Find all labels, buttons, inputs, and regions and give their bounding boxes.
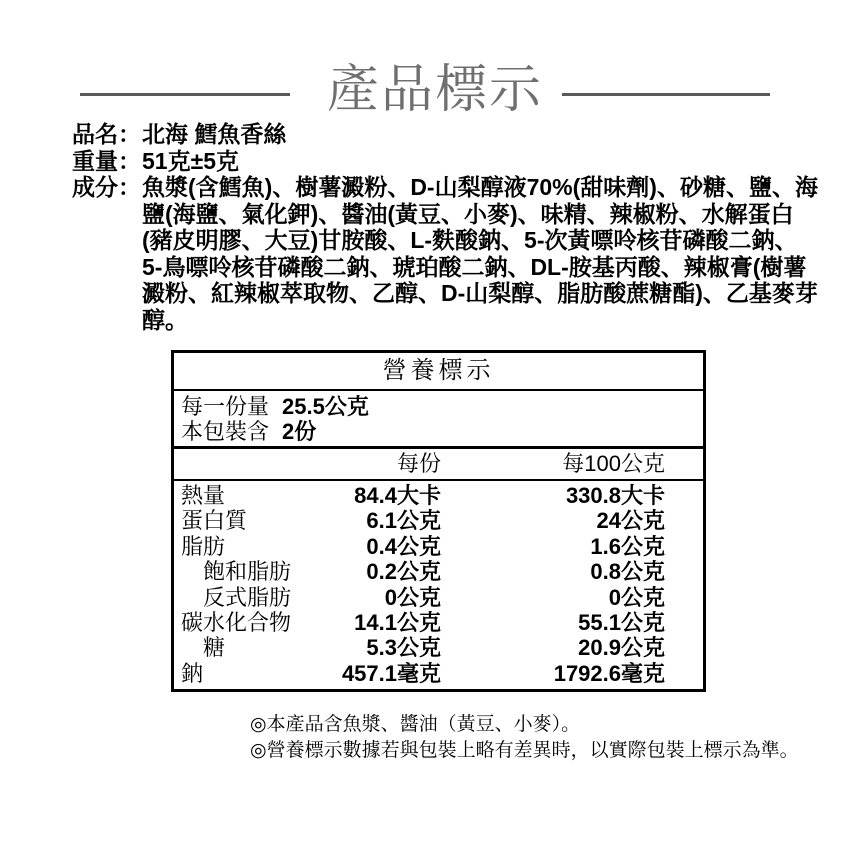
nutrient-label: 熱量 bbox=[174, 480, 334, 508]
title-rule-left bbox=[80, 93, 290, 96]
per-serving-value: 6.1公克 bbox=[334, 508, 441, 533]
per-100g-value: 0.8公克 bbox=[441, 559, 703, 584]
per-serving-value: 0公克 bbox=[334, 585, 441, 610]
product-info-section: 品名： 北海 鱈魚香絲 重量： 51克±5克 成分： 魚漿(含鱈魚)、樹薯澱粉、… bbox=[72, 121, 812, 333]
nutrition-header-spacer bbox=[174, 449, 334, 480]
per-100g-value: 0公克 bbox=[441, 585, 703, 610]
product-name-value: 北海 鱈魚香絲 bbox=[142, 121, 286, 148]
per-100g-value: 330.8大卡 bbox=[441, 480, 703, 508]
serving-size-value: 25.5公克 bbox=[282, 394, 369, 419]
product-label-page: 產品標示 品名： 北海 鱈魚香絲 重量： 51克±5克 成分： 魚漿(含鱈魚)、… bbox=[0, 0, 850, 850]
per-100g-value: 1792.6毫克 bbox=[441, 661, 703, 689]
nutrient-label: 飽和脂肪 bbox=[174, 559, 334, 584]
per-serving-value: 5.3公克 bbox=[334, 635, 441, 660]
product-ingredients-label: 成分： bbox=[72, 174, 142, 201]
table-row: 鈉 457.1毫克 1792.6毫克 bbox=[174, 661, 703, 689]
table-row: 反式脂肪 0公克 0公克 bbox=[174, 585, 703, 610]
servings-per-package-row: 本包裝含2份 bbox=[181, 419, 703, 444]
nutrition-table: 營養標示 每一份量25.5公克 本包裝含2份 每份 每100公克 熱量 bbox=[171, 350, 706, 692]
col-header-per-100g: 每100公克 bbox=[441, 449, 703, 480]
nutrition-serving-section: 每一份量25.5公克 本包裝含2份 bbox=[174, 391, 703, 449]
product-name-label: 品名： bbox=[72, 121, 142, 148]
nutrition-table-title: 營養標示 bbox=[174, 353, 703, 391]
per-serving-value: 84.4大卡 bbox=[334, 480, 441, 508]
per-100g-value: 1.6公克 bbox=[441, 534, 703, 559]
product-name-row: 品名： 北海 鱈魚香絲 bbox=[72, 121, 812, 148]
per-100g-value: 55.1公克 bbox=[441, 610, 703, 635]
table-row: 脂肪 0.4公克 1.6公克 bbox=[174, 534, 703, 559]
per-serving-value: 14.1公克 bbox=[334, 610, 441, 635]
product-weight-value: 51克±5克 bbox=[142, 148, 239, 175]
col-header-per-serving: 每份 bbox=[334, 449, 441, 480]
nutrition-grid: 每份 每100公克 熱量 84.4大卡 330.8大卡 蛋白質 6.1公克 24… bbox=[174, 449, 703, 689]
per-serving-value: 457.1毫克 bbox=[334, 661, 441, 689]
per-serving-value: 0.2公克 bbox=[334, 559, 441, 584]
table-row: 飽和脂肪 0.2公克 0.8公克 bbox=[174, 559, 703, 584]
servings-per-package-label: 本包裝含 bbox=[181, 419, 269, 444]
per-100g-value: 24公克 bbox=[441, 508, 703, 533]
nutrient-label: 鈉 bbox=[174, 661, 334, 689]
footnote-allergen: ◎本產品含魚漿、醬油（黃豆、小麥）。 bbox=[250, 712, 799, 738]
product-weight-label: 重量： bbox=[72, 148, 142, 175]
product-ingredients-value: 魚漿(含鱈魚)、樹薯澱粉、D-山梨醇液70%(甜味劑)、砂糖、鹽、海 鹽(海鹽、… bbox=[142, 174, 818, 333]
nutrition-header-row: 每份 每100公克 bbox=[174, 449, 703, 480]
serving-size-row: 每一份量25.5公克 bbox=[181, 394, 703, 419]
nutrient-label: 脂肪 bbox=[174, 534, 334, 559]
title-rule-right bbox=[562, 93, 770, 96]
page-title: 產品標示 bbox=[327, 64, 543, 116]
product-ingredients-row: 成分： 魚漿(含鱈魚)、樹薯澱粉、D-山梨醇液70%(甜味劑)、砂糖、鹽、海 鹽… bbox=[72, 174, 812, 333]
nutrient-label: 反式脂肪 bbox=[174, 585, 334, 610]
nutrient-label: 蛋白質 bbox=[174, 508, 334, 533]
nutrient-label: 碳水化合物 bbox=[174, 610, 334, 635]
serving-size-label: 每一份量 bbox=[181, 394, 269, 419]
table-row: 熱量 84.4大卡 330.8大卡 bbox=[174, 480, 703, 508]
per-serving-value: 0.4公克 bbox=[334, 534, 441, 559]
nutrient-label: 糖 bbox=[174, 635, 334, 660]
product-weight-row: 重量： 51克±5克 bbox=[72, 148, 812, 175]
table-row: 糖 5.3公克 20.9公克 bbox=[174, 635, 703, 660]
table-row: 蛋白質 6.1公克 24公克 bbox=[174, 508, 703, 533]
footnote-disclaimer: ◎營養標示數據若與包裝上略有差異時，以實際包裝上標示為準。 bbox=[250, 738, 799, 764]
per-100g-value: 20.9公克 bbox=[441, 635, 703, 660]
footnotes: ◎本產品含魚漿、醬油（黃豆、小麥）。 ◎營養標示數據若與包裝上略有差異時，以實際… bbox=[250, 712, 799, 764]
servings-per-package-value: 2份 bbox=[282, 419, 316, 444]
table-row: 碳水化合物 14.1公克 55.1公克 bbox=[174, 610, 703, 635]
